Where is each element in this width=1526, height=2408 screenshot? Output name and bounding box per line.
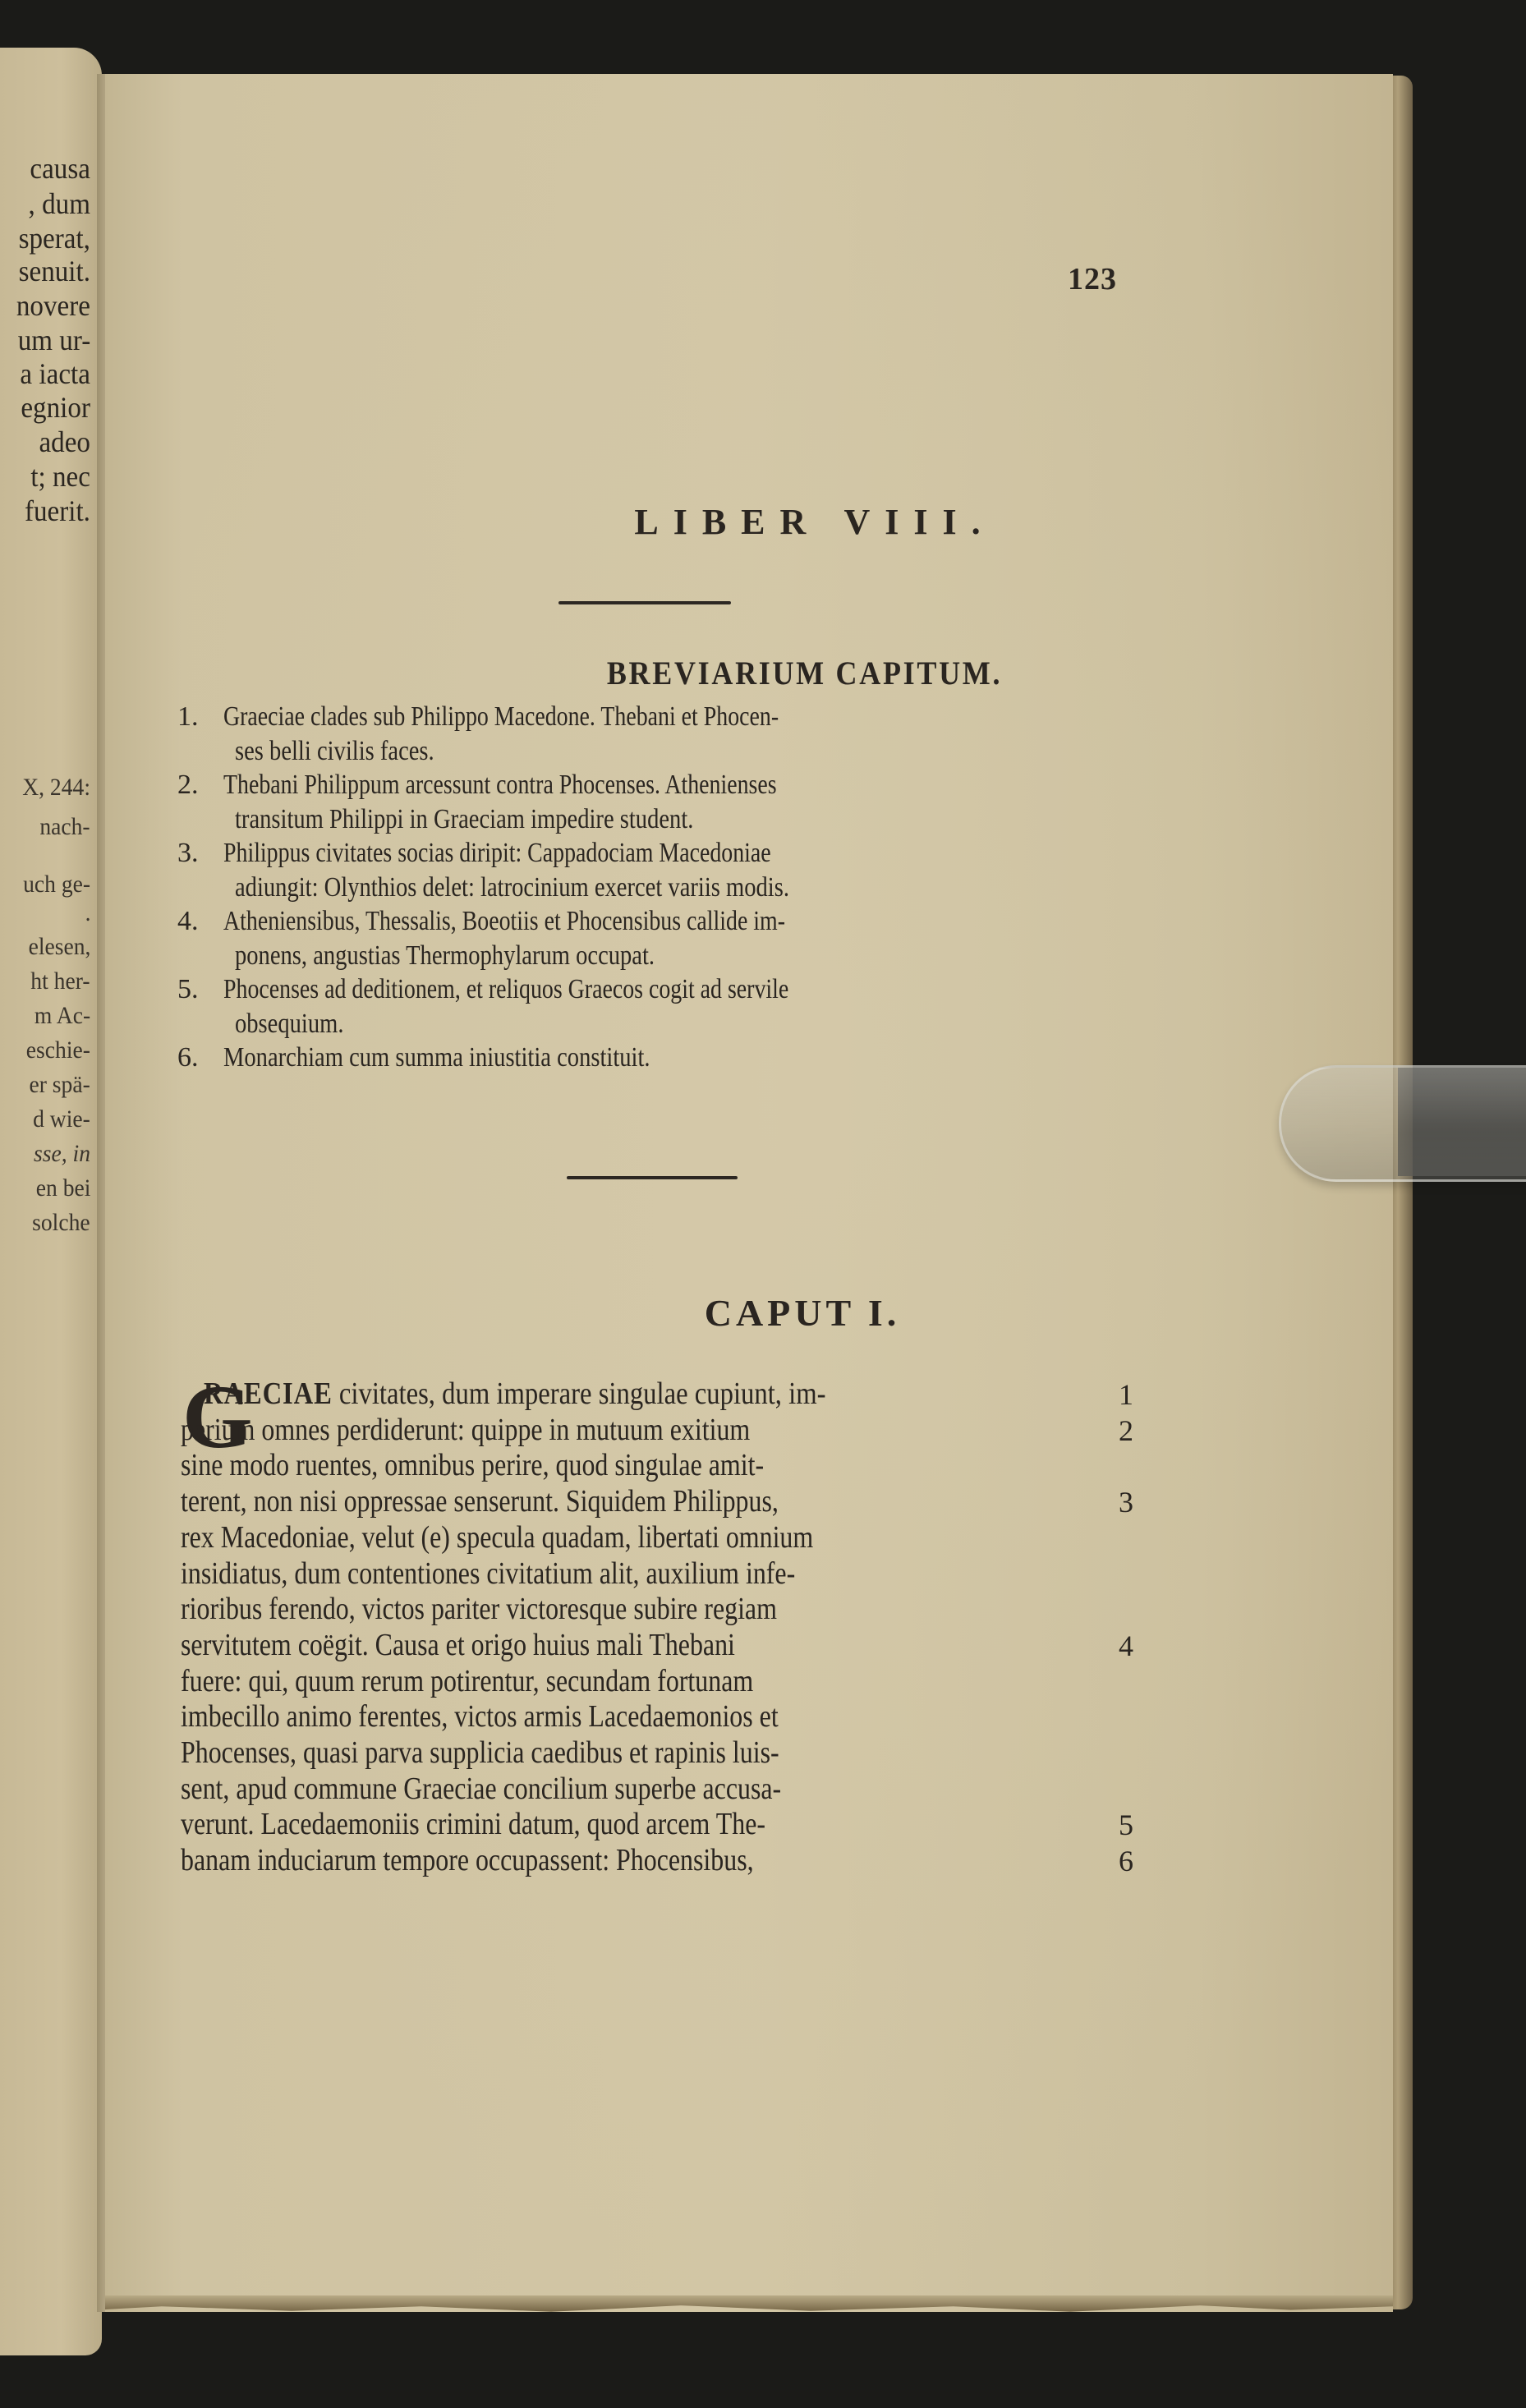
left-page-text-fragment: uch ge- [23, 872, 90, 897]
left-page-text-fragment: er spä- [30, 1073, 90, 1097]
left-page-text-fragment: nach- [40, 815, 90, 839]
summary-item-number: 2. [177, 771, 199, 799]
page-number: 123 [1068, 261, 1117, 297]
left-page-text-fragment: t; nec [30, 462, 90, 491]
margin-section-number: 6 [1119, 1846, 1133, 1876]
left-page-text-fragment: . [85, 901, 90, 926]
left-page-text-fragment: fuerit. [25, 496, 90, 526]
title-rule [558, 601, 731, 604]
summary-item-line: Monarchiam cum summa iniustitia constitu… [223, 1044, 650, 1072]
book-title: LIBER VIII. [105, 501, 1393, 543]
chapter-body-line: imbecillo animo ferentes, victos armis L… [181, 1701, 779, 1732]
left-page-text-fragment: sperat, [19, 223, 90, 253]
left-page-text-fragment: um ur- [17, 325, 90, 355]
left-page-text-fragment: sse, in [34, 1142, 90, 1166]
chapter-body-line: fuere: qui, quum rerum potirentur, secun… [181, 1666, 753, 1697]
left-page-edge: causa, dumsperat,senuit.novereum ur-a ia… [0, 48, 102, 2355]
left-page-text-fragment: causa [30, 154, 90, 183]
margin-section-number: 1 [1119, 1380, 1133, 1409]
left-page-text-fragment: a iacta [21, 359, 90, 388]
chapter-body-line: terent, non nisi oppressae senserunt. Si… [181, 1486, 779, 1517]
chapter-body-line: rex Macedoniae, velut (e) specula quadam… [181, 1522, 813, 1553]
left-page-text-fragment: m Ac- [34, 1004, 90, 1028]
left-page-text-fragment: , dum [29, 189, 90, 218]
summary-item-number: 3. [177, 839, 199, 867]
chapter-body-line: banam induciarum tempore occupassent: Ph… [181, 1845, 754, 1876]
summary-item-line: Thebani Philippum arcessunt contra Phoce… [223, 771, 777, 799]
left-page-text-fragment: ht her- [31, 969, 90, 994]
left-page-text-fragment: novere [16, 291, 90, 320]
page-bottom-edge [105, 2295, 1393, 2312]
summary-item-line: Graeciae clades sub Philippo Macedone. T… [223, 703, 779, 731]
summary-item-number: 4. [177, 908, 199, 935]
margin-section-number: 2 [1119, 1416, 1133, 1445]
summary-item-number: 5. [177, 976, 199, 1004]
summary-item-line: adiungit: Olynthios delet: latrocinium e… [235, 874, 789, 902]
summary-item-line: Philippus civitates socias diripit: Capp… [223, 839, 771, 867]
first-word-smallcaps: RAECIAE [204, 1376, 333, 1411]
margin-section-number: 3 [1119, 1487, 1133, 1517]
chapter-body-line: perium omnes perdiderunt: quippe in mutu… [181, 1414, 750, 1445]
left-page-text-fragment: eschie- [26, 1038, 90, 1063]
summary-item-line: ponens, angustias Thermophylarum occupat… [235, 942, 655, 970]
summary-item-line: obsequium. [235, 1010, 343, 1038]
left-page-text-fragment: en bei [35, 1176, 90, 1201]
right-page: 123 LIBER VIII. BREVIARIUM CAPITUM. 1.Gr… [105, 74, 1393, 2312]
left-page-text-fragment: elesen, [28, 935, 90, 959]
summary-title: BREVIARIUM CAPITUM. [169, 654, 1328, 692]
margin-section-number: 5 [1119, 1810, 1133, 1840]
summary-item-line: transitum Philippi in Graeciam impedire … [235, 806, 693, 834]
left-page-text-fragment: adeo [39, 427, 90, 457]
summary-item-number: 6. [177, 1044, 199, 1072]
summary-item-number: 1. [177, 703, 199, 731]
summary-item-line: ses belli civilis faces. [235, 738, 434, 765]
chapter-body-line: verunt. Lacedaemoniis crimini datum, quo… [181, 1808, 765, 1840]
chapter-body-line: RAECIAE civitates, dum imperare singulae… [204, 1378, 826, 1409]
chapter-body-line: insidiatus, dum contentiones civitatium … [181, 1558, 795, 1589]
chapter-title: CAPUT I. [105, 1291, 1393, 1335]
left-page-text-fragment: egnior [21, 393, 90, 422]
summary-item-line: Atheniensibus, Thessalis, Boeotiis et Ph… [223, 908, 785, 935]
first-line-text: civitates, dum imperare singulae cupiunt… [333, 1376, 826, 1411]
left-page-text-fragment: solche [32, 1211, 90, 1235]
chapter-body-line: Phocenses, quasi parva supplicia caedibu… [181, 1737, 779, 1768]
margin-section-number: 4 [1119, 1631, 1133, 1661]
summary-item-line: Phocenses ad deditionem, et reliquos Gra… [223, 976, 788, 1004]
left-page-text-fragment: senuit. [19, 256, 90, 286]
summary-rule [567, 1176, 738, 1179]
chapter-body-line: rioribus ferendo, victos pariter victore… [181, 1593, 777, 1624]
chapter-body-line: servitutem coëgit. Causa et origo huius … [181, 1629, 735, 1661]
chapter-body-line: sent, apud commune Graeciae concilium su… [181, 1773, 781, 1804]
chapter-body-line: sine modo ruentes, omnibus perire, quod … [181, 1450, 764, 1481]
left-page-text-fragment: d wie- [33, 1107, 90, 1132]
page-holder-clip [1279, 1065, 1526, 1182]
left-page-text-fragment: X, 244: [22, 775, 90, 800]
